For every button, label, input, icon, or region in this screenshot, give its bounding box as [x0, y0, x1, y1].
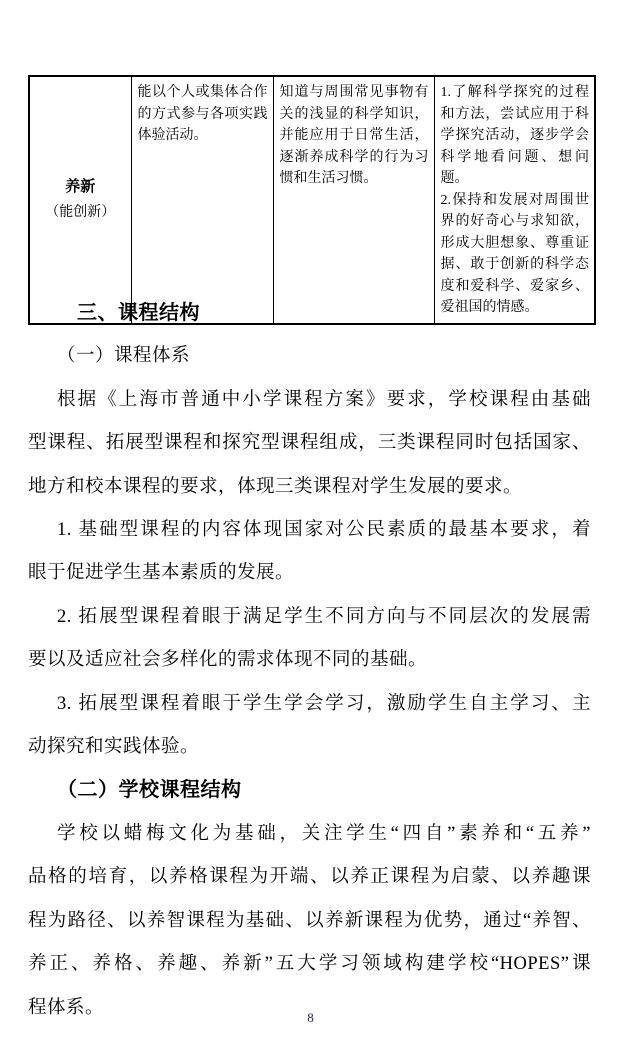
paragraph-line: 养正、养格、养趣、养新”五大学习领域构建学校“HOPES”课 — [28, 943, 591, 986]
paragraph-line: 程为路径、以养智课程为基础、以养新课程为优势，通过“养智、 — [28, 900, 591, 943]
paragraph-last-line: 地方和校本课程的要求，体现三类课程对学生发展的要求。 — [28, 466, 591, 509]
paragraph-first-line: 2. 拓展型课程着眼于满足学生不同方向与不同层次的发展需 — [28, 596, 591, 639]
competency-table: 养新 （能创新） 能以个人或集体合作的方式参与各项实践体验活动。 知道与周围常见… — [28, 75, 596, 325]
paragraph-last-line: 眼于促进学生基本素质的发展。 — [28, 552, 591, 595]
subsection-heading: （一）课程体系 — [28, 335, 591, 378]
table-row: 养新 （能创新） 能以个人或集体合作的方式参与各项实践体验活动。 知道与周围常见… — [29, 76, 595, 324]
paragraph-last-line: 动探究和实践体验。 — [28, 726, 591, 769]
paragraph-last-line: 要以及适应社会多样化的需求体现不同的基础。 — [28, 639, 591, 682]
paragraph-first-line: 根据《上海市普通中小学课程方案》要求，学校课程由基础 — [28, 379, 591, 422]
section-heading: 三、课程结构 — [28, 292, 591, 335]
paragraph-first-line: 1. 基础型课程的内容体现国家对公民素质的最基本要求，着 — [28, 509, 591, 552]
content-lines: 三、课程结构（一）课程体系根据《上海市普通中小学课程方案》要求，学校课程由基础型… — [28, 292, 591, 1030]
paragraph-first-line: 学校以蜡梅文化为基础，关注学生“四自”素养和“五养” — [28, 813, 591, 856]
table-cell-knowledge: 知道与周围常见事物有关的浅显的科学知识，并能应用于日常生活，逐渐养成科学的行为习… — [273, 76, 434, 324]
table-cell-science: 1.了解科学探究的过程和方法，尝试应用于科学探究活动，逐步学会科学地看问题、想问… — [434, 76, 595, 324]
subsection-heading: （二）学校课程结构 — [28, 769, 591, 812]
table-cell-dimension: 养新 （能创新） — [29, 76, 131, 324]
paragraph-line: 型课程、拓展型课程和探究型课程组成，三类课程同时包括国家、 — [28, 422, 591, 465]
table-cell-practice: 能以个人或集体合作的方式参与各项实践体验活动。 — [131, 76, 273, 324]
dimension-title: 养新 — [32, 174, 129, 200]
document-page: 养新 （能创新） 能以个人或集体合作的方式参与各项实践体验活动。 知道与周围常见… — [0, 0, 621, 1038]
paragraph-line: 品格的培育，以养格课程为开端、以养正课程为启蒙、以养趣课 — [28, 856, 591, 899]
science-item-1: 1.了解科学探究的过程和方法，尝试应用于科学探究活动，逐步学会科学地看问题、想问… — [441, 82, 590, 190]
paragraph-first-line: 3. 拓展型课程着眼于学生学会学习，激励学生自主学习、主 — [28, 683, 591, 726]
dimension-subtitle: （能创新） — [32, 200, 129, 226]
page-number: 8 — [0, 1010, 621, 1026]
